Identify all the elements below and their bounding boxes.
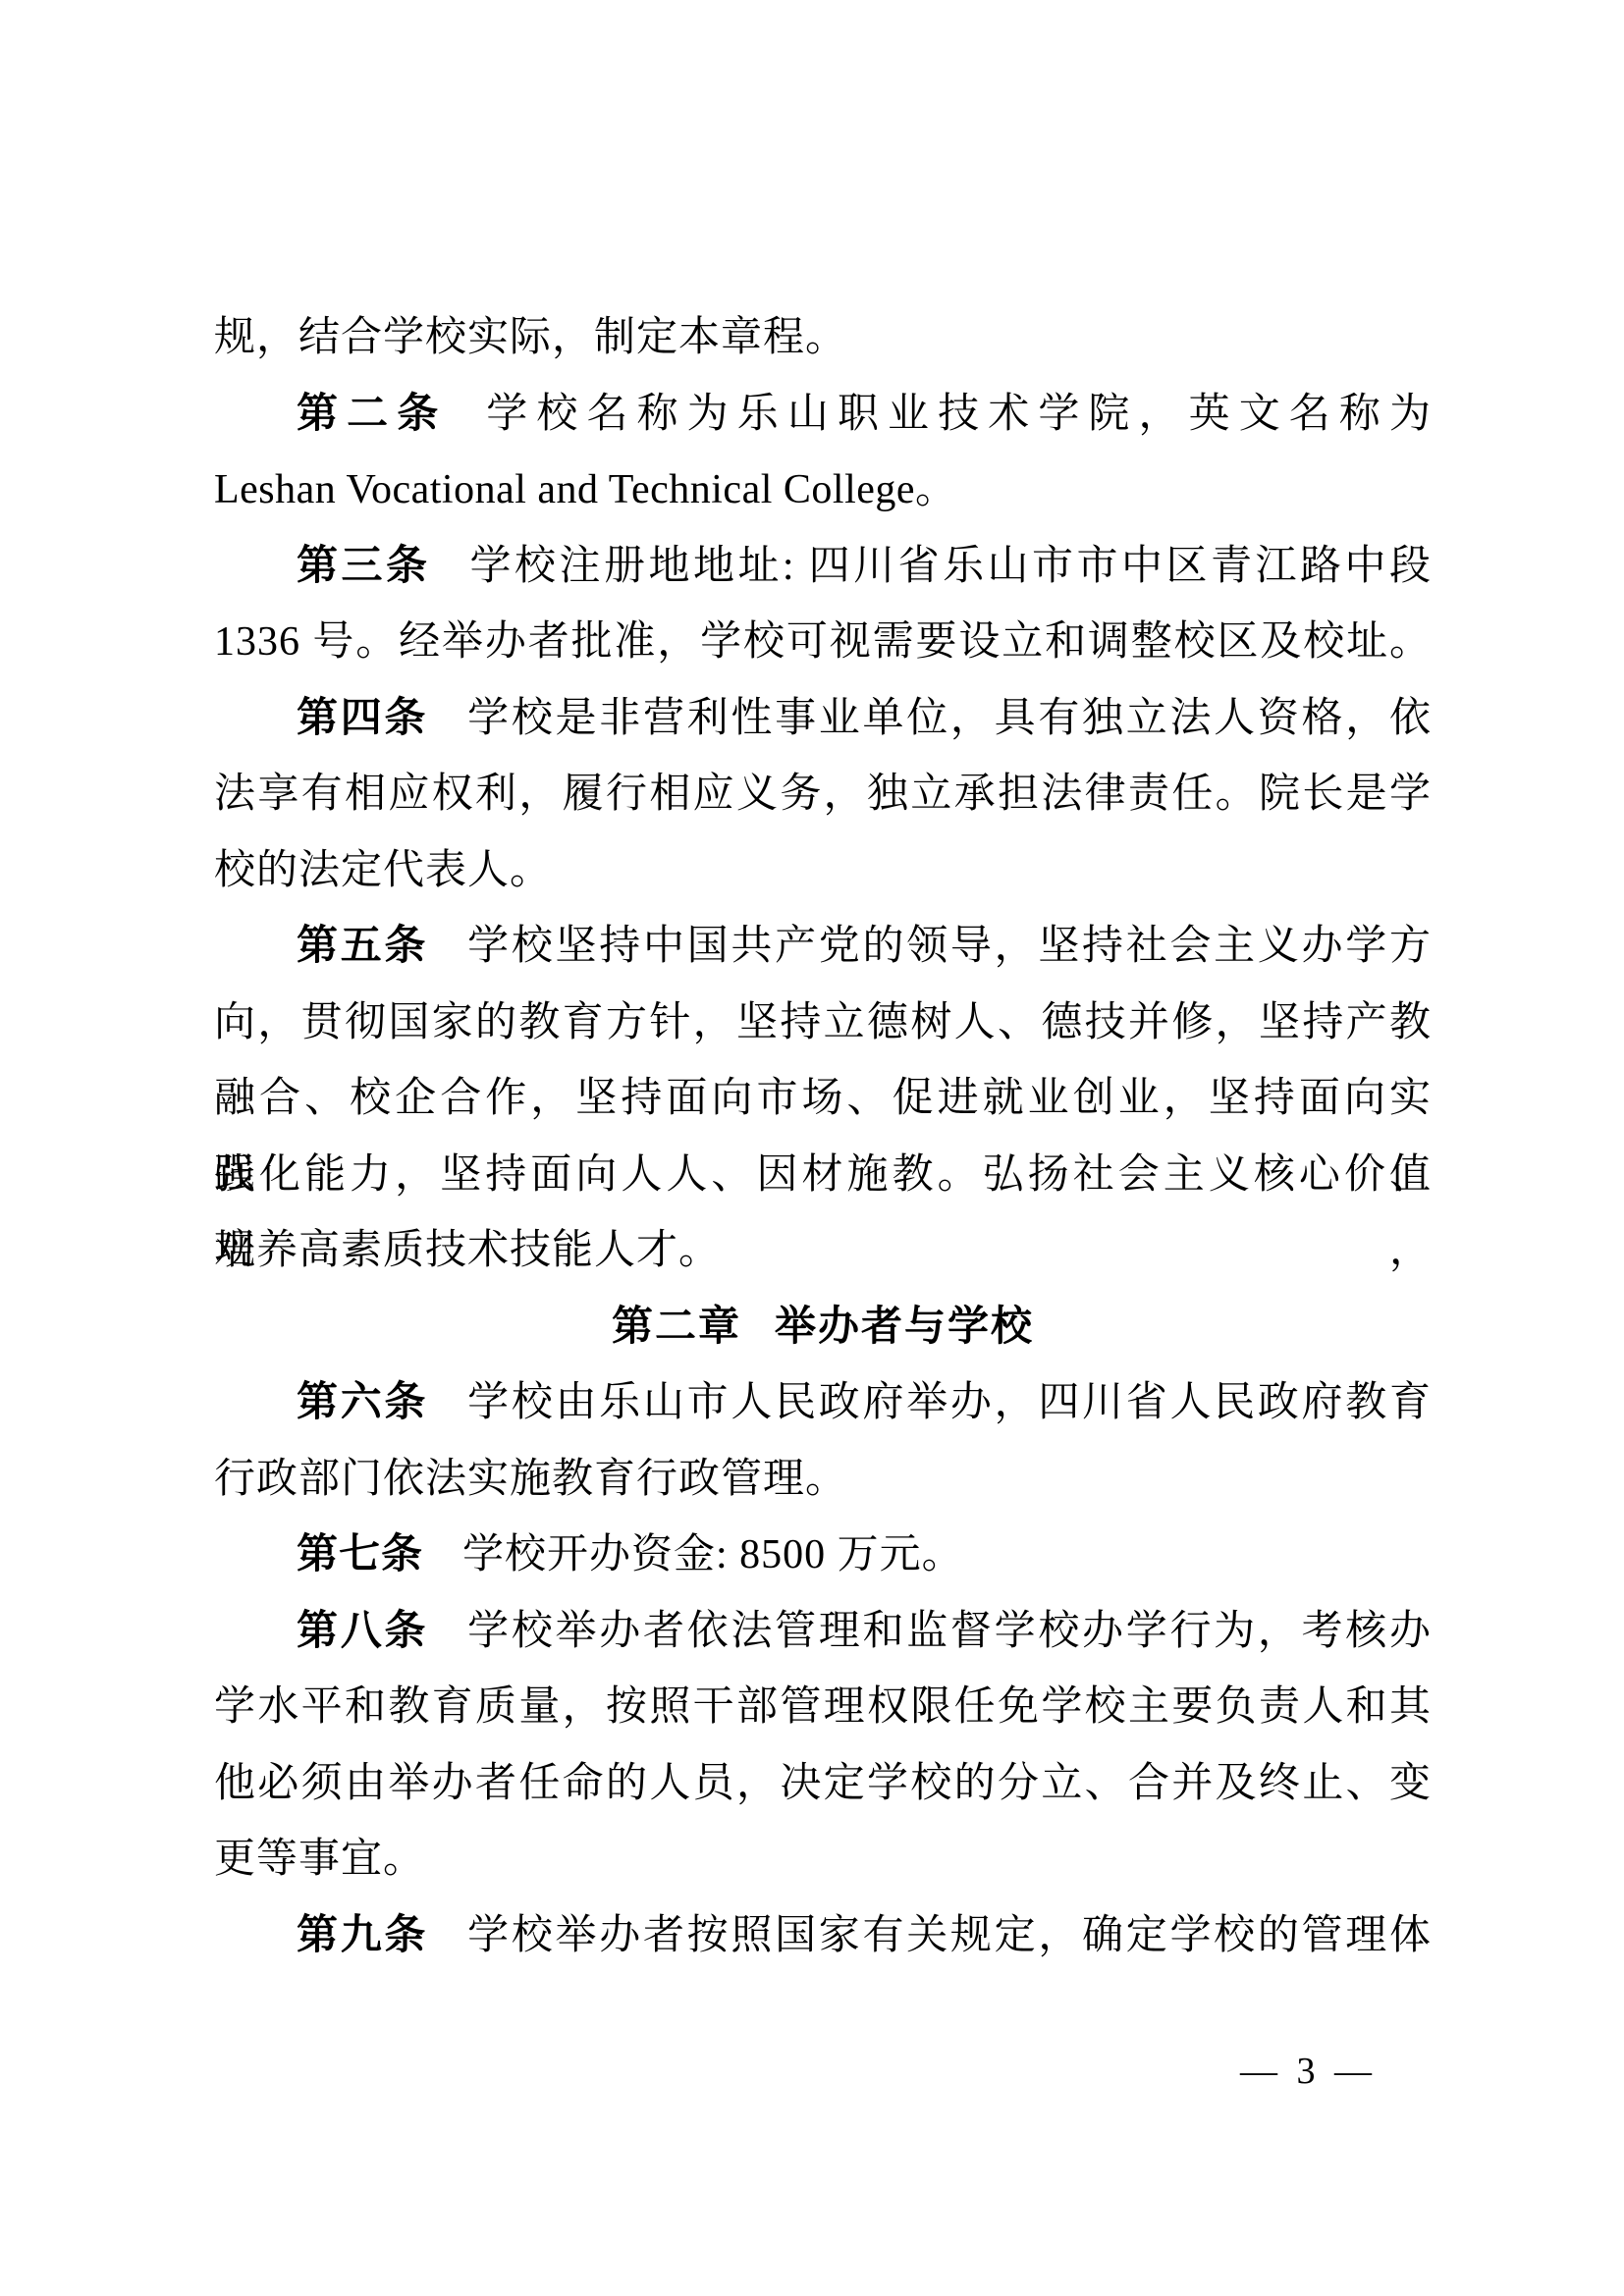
line-text: Leshan Vocational and Technical College。 — [214, 467, 957, 512]
document-line: 第四条学校是非营利性事业单位，具有独立法人资格，依 — [214, 681, 1432, 758]
line-text: 法享有相应权利，履行相应义务，独立承担法律责任。院长是学 — [214, 772, 1432, 817]
article-number: 第二条 — [297, 392, 447, 437]
document-line: Leshan Vocational and Technical College。 — [214, 453, 1432, 529]
document-line: 他必须由举办者任命的人员，决定学校的分立、合并及终止、变 — [214, 1746, 1432, 1823]
document-line: 1336 号。经举办者批准，学校可视需要设立和调整校区及校址。 — [214, 605, 1432, 681]
line-text: 向，贯彻国家的教育方针，坚持立德树人、德技并修，坚持产教 — [214, 1000, 1432, 1045]
article-number: 第三条 — [297, 544, 430, 589]
document-line: 校的法定代表人。 — [214, 833, 1432, 910]
document-line: 行政部门依法实施教育行政管理。 — [214, 1442, 1432, 1519]
document-line: 向，贯彻国家的教育方针，坚持立德树人、德技并修，坚持产教 — [214, 986, 1432, 1062]
line-text: 学校名称为乐山职业技术学院，英文名称为 — [486, 392, 1432, 437]
document-line: 第六条学校由乐山市人民政府举办，四川省人民政府教育 — [214, 1365, 1432, 1442]
document-line: 强化能力，坚持面向人人、因材施教。弘扬社会主义核心价值观， — [214, 1138, 1432, 1214]
document-line: 融合、校企合作，坚持面向市场、促进就业创业，坚持面向实践、 — [214, 1061, 1432, 1138]
article-number: 第六条 — [297, 1380, 428, 1425]
line-text: 学校是非营利性事业单位，具有独立法人资格，依 — [467, 696, 1432, 741]
line-text: 行政部门依法实施教育行政管理。 — [214, 1457, 847, 1502]
document-line: 第五条学校坚持中国共产党的领导，坚持社会主义办学方 — [214, 909, 1432, 986]
line-text: 更等事宜。 — [214, 1837, 425, 1882]
line-text: 规，结合学校实际，制定本章程。 — [214, 315, 847, 360]
document-line: 第七条学校开办资金: 8500 万元。 — [214, 1518, 1432, 1594]
line-text: 学校举办者依法管理和监督学校办学行为，考核办 — [467, 1609, 1432, 1654]
document-line: 学水平和教育质量，按照干部管理权限任免学校主要负责人和其 — [214, 1670, 1432, 1746]
chapter-heading: 第二章举办者与学校 — [214, 1290, 1432, 1366]
line-text: 学校注册地地址: 四川省乐山市市中区青江路中段 — [469, 544, 1432, 589]
document-line: 第八条学校举办者依法管理和监督学校办学行为，考核办 — [214, 1594, 1432, 1671]
document-line: 第九条学校举办者按照国家有关规定，确定学校的管理体 — [214, 1898, 1432, 1975]
document-line: 法享有相应权利，履行相应义务，独立承担法律责任。院长是学 — [214, 757, 1432, 833]
chapter-number: 第二章 — [612, 1305, 741, 1350]
line-text: 学水平和教育质量，按照干部管理权限任免学校主要负责人和其 — [214, 1684, 1432, 1730]
line-text: 举办者与学校 — [775, 1305, 1034, 1350]
article-number: 第七条 — [297, 1532, 423, 1577]
line-text: 学校坚持中国共产党的领导，坚持社会主义办学方 — [467, 924, 1432, 969]
article-number: 第八条 — [297, 1609, 428, 1654]
line-text: 1336 号。经举办者批准，学校可视需要设立和调整校区及校址。 — [214, 619, 1432, 665]
article-number: 第四条 — [297, 696, 428, 741]
line-text: 校的法定代表人。 — [214, 848, 552, 893]
article-number: 第五条 — [297, 924, 428, 969]
line-text: 学校开办资金: 8500 万元。 — [462, 1532, 964, 1577]
article-number: 第九条 — [297, 1913, 428, 1958]
document-line: 规，结合学校实际，制定本章程。 — [214, 300, 1432, 377]
line-text: 培养高素质技术技能人才。 — [214, 1228, 721, 1273]
line-text: 学校举办者按照国家有关规定，确定学校的管理体 — [467, 1913, 1432, 1958]
document-line: 第三条学校注册地地址: 四川省乐山市市中区青江路中段 — [214, 529, 1432, 606]
line-text: 学校由乐山市人民政府举办，四川省人民政府教育 — [467, 1380, 1432, 1425]
document-body: 规，结合学校实际，制定本章程。第二条学校名称为乐山职业技术学院，英文名称为Les… — [214, 300, 1432, 1974]
line-text: 他必须由举办者任命的人员，决定学校的分立、合并及终止、变 — [214, 1761, 1432, 1806]
page-number: — 3 — — [1240, 2050, 1377, 2093]
document-line: 更等事宜。 — [214, 1822, 1432, 1898]
document-line: 第二条学校名称为乐山职业技术学院，英文名称为 — [214, 377, 1432, 454]
